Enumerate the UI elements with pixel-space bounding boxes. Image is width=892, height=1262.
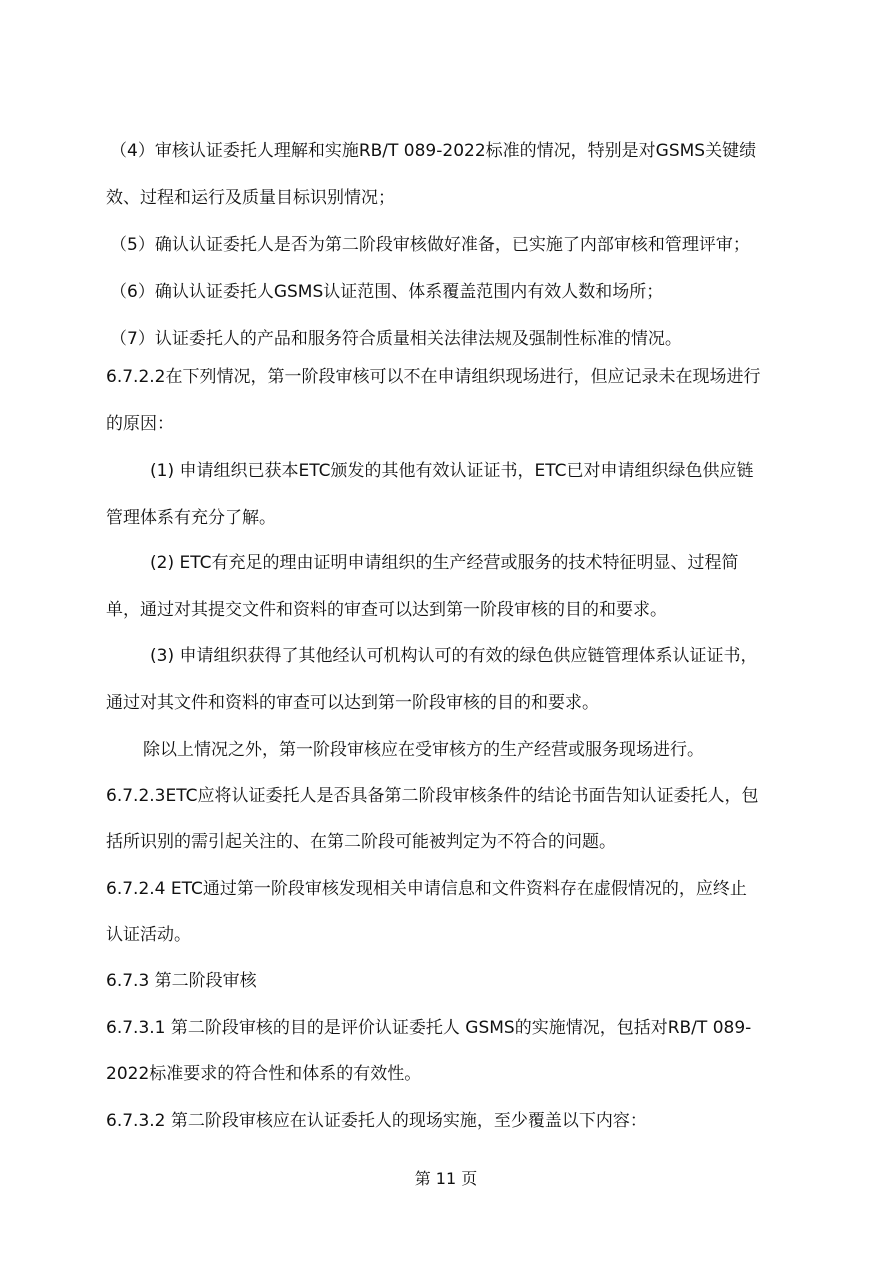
text-line: （7）认证委托人的产品和服务符合质量相关法律法规及强制性标准的情况。 — [110, 328, 682, 350]
text-line: 6.7.2.3ETC应将认证委托人是否具备第二阶段审核条件的结论书面告知认证委托… — [106, 785, 758, 807]
text-line: 单，通过对其提交文件和资料的审查可以达到第一阶段审核的目的和要求。 — [106, 599, 667, 621]
text-line: 6.7.3.2 第二阶段审核应在认证委托人的现场实施，至少覆盖以下内容： — [106, 1110, 647, 1132]
text-line: （5）确认认证委托人是否为第二阶段审核做好准备，已实施了内部审核和管理评审； — [110, 234, 750, 256]
text-line: (2) ETC有充足的理由证明申请组织的生产经营或服务的技术特征明显、过程简 — [150, 552, 738, 574]
page-number: 第 11 页 — [0, 1166, 892, 1189]
text-line: (1) 申请组织已获本ETC颁发的其他有效认证证书，ETC已对申请组织绿色供应链 — [150, 460, 753, 482]
text-line: 2022标准要求的符合性和体系的有效性。 — [106, 1063, 421, 1085]
text-line: (3) 申请组织获得了其他经认可机构认可的有效的绿色供应链管理体系认证证书， — [150, 645, 757, 667]
text-line: （4）审核认证委托人理解和实施RB/T 089-2022标准的情况，特别是对GS… — [110, 140, 756, 162]
text-line: 6.7.2.2在下列情况，第一阶段审核可以不在申请组织现场进行，但应记录未在现场… — [106, 366, 760, 388]
document-page: （4）审核认证委托人理解和实施RB/T 089-2022标准的情况，特别是对GS… — [0, 0, 892, 1262]
text-line: 效、过程和运行及质量目标识别情况； — [106, 187, 395, 209]
text-line: 通过对其文件和资料的审查可以达到第一阶段审核的目的和要求。 — [106, 692, 599, 714]
text-line: 6.7.3 第二阶段审核 — [106, 970, 257, 992]
text-line: 括所识别的需引起关注的、在第二阶段可能被判定为不符合的问题。 — [106, 831, 616, 853]
text-line: 认证活动。 — [106, 924, 191, 946]
text-line: 除以上情况之外，第一阶段审核应在受审核方的生产经营或服务现场进行。 — [143, 739, 704, 761]
text-line: 的原因： — [106, 413, 174, 435]
text-line: 管理体系有充分了解。 — [106, 507, 276, 529]
text-line: 6.7.2.4 ETC通过第一阶段审核发现相关申请信息和文件资料存在虚假情况的，… — [106, 878, 747, 900]
text-line: （6）确认认证委托人GSMS认证范围、体系覆盖范围内有效人数和场所； — [110, 281, 663, 303]
text-line: 6.7.3.1 第二阶段审核的目的是评价认证委托人 GSMS的实施情况，包括对R… — [106, 1017, 751, 1039]
